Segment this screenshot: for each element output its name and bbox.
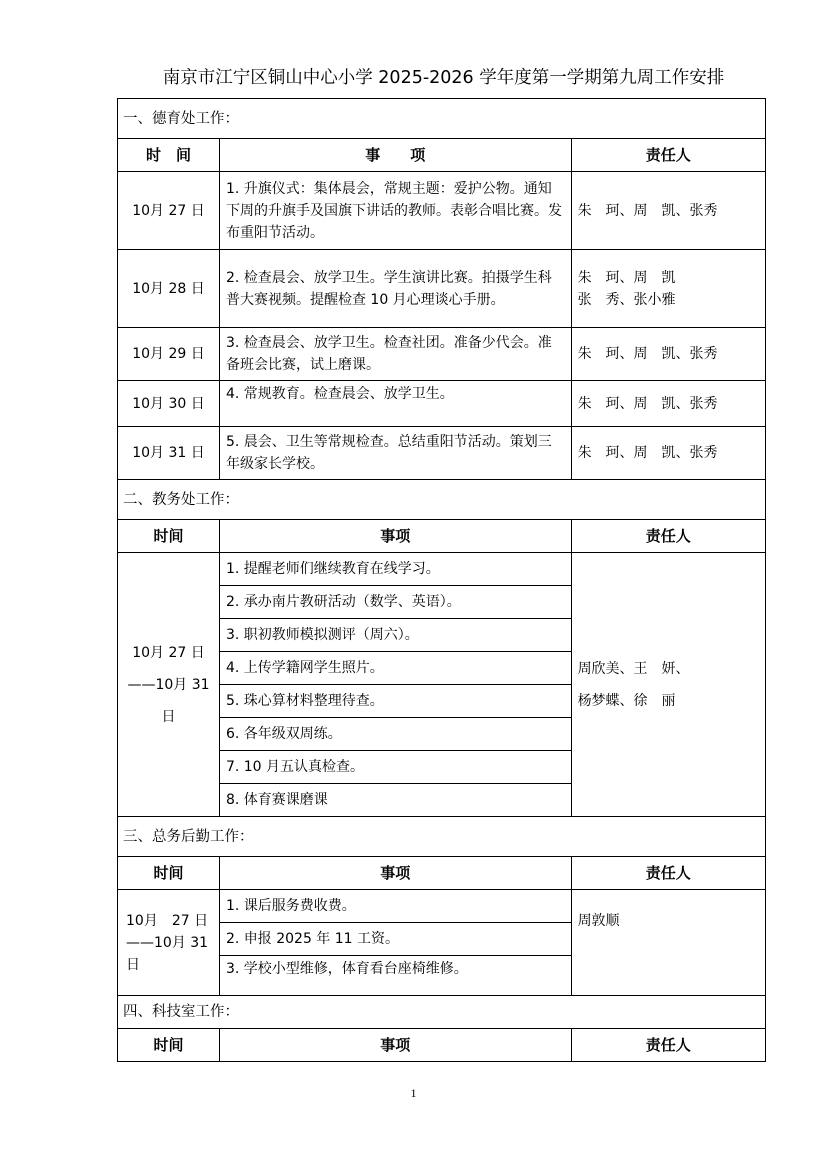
row-item: 5. 珠心算材料整理待查。: [219, 685, 571, 718]
row-date: 10月 27 日: [118, 172, 220, 250]
page-number: 1: [0, 1086, 827, 1101]
header-time: 时间: [118, 1029, 220, 1062]
header-item: 事项: [219, 1029, 571, 1062]
row-item: 1. 升旗仪式：集体晨会，常规主题：爱护公物。通知下周的升旗手及国旗下讲话的教师…: [219, 172, 571, 250]
row-item: 4. 上传学籍网学生照片。: [219, 652, 571, 685]
row-item: 3. 职初教师模拟测评（周六）。: [219, 619, 571, 652]
table-row: 10月 28 日 2. 检查晨会、放学卫生。学生演讲比赛。拍摄学生科普大赛视频。…: [118, 250, 766, 328]
row-item: 1. 课后服务费收费。: [219, 890, 571, 923]
row-person: 朱 珂、周 凯 张 秀、张小雅: [571, 250, 765, 328]
row-item: 7. 10 月五认真检查。: [219, 751, 571, 784]
header-person: 责任人: [571, 520, 765, 553]
table-row: 10月 29 日 3. 检查晨会、放学卫生。检查社团。准备少代会。准备班会比赛，…: [118, 328, 766, 381]
header-item: 事项: [219, 520, 571, 553]
section-heading-moral: 一、德育处工作：: [118, 99, 766, 139]
table-row: 10月 27 日 ——10月 31 日 1. 提醒老师们继续教育在线学习。 周欣…: [118, 553, 766, 586]
row-item: 8. 体育赛课磨课: [219, 784, 571, 817]
row-item: 6. 各年级双周练。: [219, 718, 571, 751]
row-item: 2. 检查晨会、放学卫生。学生演讲比赛。拍摄学生科普大赛视频。提醒检查 10 月…: [219, 250, 571, 328]
row-person: 周敦顺: [571, 890, 765, 996]
row-date: 10月 29 日: [118, 328, 220, 381]
row-person: 朱 珂、周 凯、张秀: [571, 328, 765, 381]
section-heading-logistics: 三、总务后勤工作：: [118, 817, 766, 857]
row-item: 1. 提醒老师们继续教育在线学习。: [219, 553, 571, 586]
row-person: 周欣美、王 妍、 杨梦蝶、徐 丽: [571, 553, 765, 817]
section-heading-tech: 四、科技室工作：: [118, 996, 766, 1029]
row-item: 5. 晨会、卫生等常规检查。总结重阳节活动。策划三年级家长学校。: [219, 427, 571, 480]
row-item: 3. 学校小型维修，体育看台座椅维修。: [219, 956, 571, 996]
work-schedule-table: 一、德育处工作： 时 间 事 项 责任人 10月 27 日 1. 升旗仪式：集体…: [117, 98, 766, 1062]
section-heading-academic: 二、教务处工作：: [118, 480, 766, 520]
document-title: 南京市江宁区铜山中心小学 2025-2026 学年度第一学期第九周工作安排: [0, 64, 827, 89]
row-person: 朱 珂、周 凯、张秀: [571, 381, 765, 427]
row-item: 2. 承办南片教研活动（数学、英语）。: [219, 586, 571, 619]
header-person: 责任人: [571, 1029, 765, 1062]
table-row: 10月 27 日 1. 升旗仪式：集体晨会，常规主题：爱护公物。通知下周的升旗手…: [118, 172, 766, 250]
table-row: 10月 27 日 ——10月 31 日 1. 课后服务费收费。 周敦顺: [118, 890, 766, 923]
header-person: 责任人: [571, 857, 765, 890]
row-date: 10月 27 日 ——10月 31 日: [118, 553, 220, 817]
header-time: 时 间: [118, 139, 220, 172]
row-item: 2. 申报 2025 年 11 工资。: [219, 923, 571, 956]
row-item: 4. 常规教育。检查晨会、放学卫生。: [219, 381, 571, 427]
row-item: 3. 检查晨会、放学卫生。检查社团。准备少代会。准备班会比赛，试上磨课。: [219, 328, 571, 381]
header-item: 事项: [219, 857, 571, 890]
header-time: 时间: [118, 520, 220, 553]
row-date: 10月 31 日: [118, 427, 220, 480]
row-person: 朱 珂、周 凯、张秀: [571, 427, 765, 480]
row-date: 10月 27 日 ——10月 31 日: [118, 890, 220, 996]
table-row: 10月 30 日 4. 常规教育。检查晨会、放学卫生。 朱 珂、周 凯、张秀: [118, 381, 766, 427]
header-time: 时间: [118, 857, 220, 890]
table-row: 10月 31 日 5. 晨会、卫生等常规检查。总结重阳节活动。策划三年级家长学校…: [118, 427, 766, 480]
header-person: 责任人: [571, 139, 765, 172]
row-person: 朱 珂、周 凯、张秀: [571, 172, 765, 250]
row-date: 10月 28 日: [118, 250, 220, 328]
header-item: 事 项: [219, 139, 571, 172]
row-date: 10月 30 日: [118, 381, 220, 427]
